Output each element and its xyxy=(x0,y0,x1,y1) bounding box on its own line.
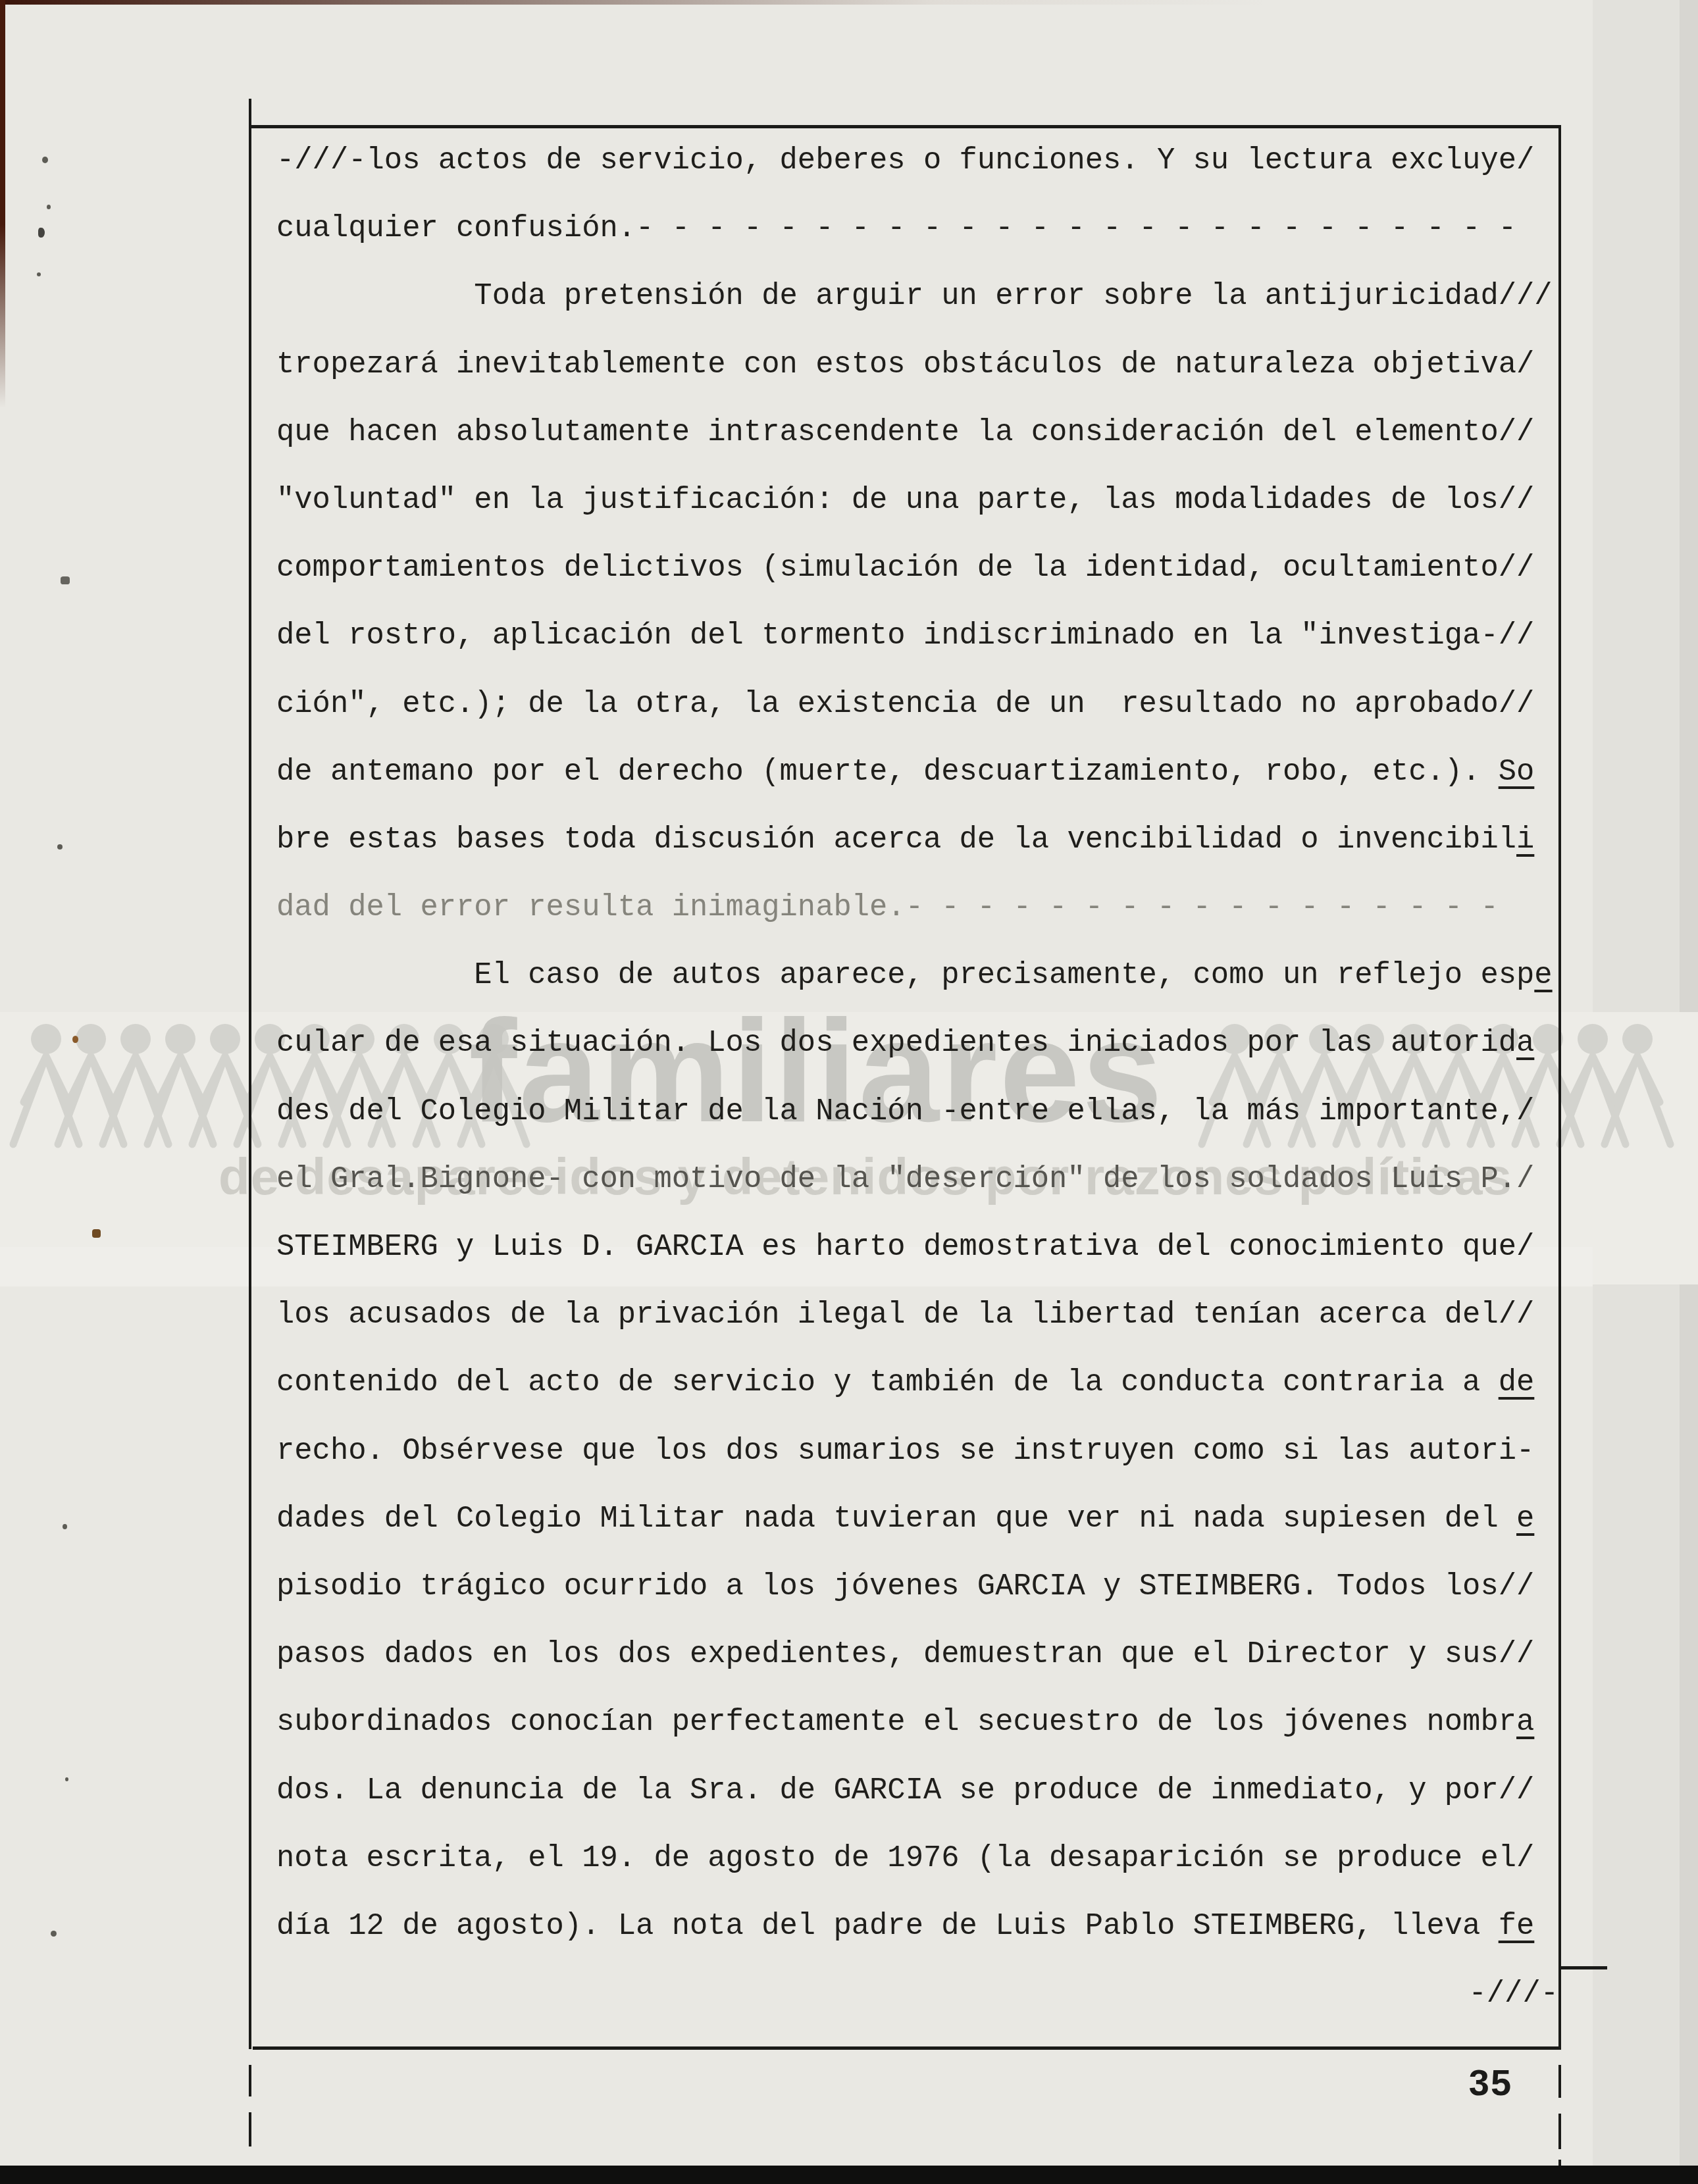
scan-speck xyxy=(65,1777,68,1781)
scan-top-edge xyxy=(0,0,1698,5)
document-line: STEIMBERG y Luis D. GARCIA es harto demo… xyxy=(276,1213,1558,1281)
scan-bottom-band xyxy=(0,2166,1698,2184)
document-line: nota escrita, el 19. de agosto de 1976 (… xyxy=(276,1825,1558,1892)
scan-speck xyxy=(38,228,45,238)
scan-speck xyxy=(92,1229,101,1238)
document-line: pisodio trágico ocurrido a los jóvenes G… xyxy=(276,1553,1558,1621)
scan-speck xyxy=(61,576,70,584)
page-number: 35 xyxy=(1435,2061,1547,2104)
document-line: pasos dados en los dos expedientes, demu… xyxy=(276,1621,1558,1689)
document-line: contenido del acto de servicio y también… xyxy=(276,1349,1558,1417)
scan-speck xyxy=(42,157,48,163)
document-line: comportamientos delictivos (simulación d… xyxy=(276,534,1558,602)
scan-speck xyxy=(37,272,41,276)
document-line: subordinados conocían perfectamente el s… xyxy=(276,1689,1558,1756)
document-line: los acusados de la privación ilegal de l… xyxy=(276,1281,1558,1349)
document-line: dos. La denuncia de la Sra. de GARCIA se… xyxy=(276,1757,1558,1825)
scan-speck xyxy=(51,1931,57,1937)
right-border-dash xyxy=(1558,2065,1561,2098)
left-border-dash xyxy=(249,2065,251,2096)
scan-left-edge xyxy=(0,0,5,408)
document-line: que hacen absolutamente intrascendente l… xyxy=(276,399,1558,467)
scanned-document-page: familiares de desaparecidos y detenidos … xyxy=(0,0,1698,2184)
left-border-dash xyxy=(249,2112,251,2146)
document-line: El caso de autos aparece, precisamente, … xyxy=(276,942,1558,1009)
document-line: ción", etc.); de la otra, la existencia … xyxy=(276,671,1558,738)
document-line: de antemano por el derecho (muerte, desc… xyxy=(276,738,1558,806)
document-line: dad del error resulta inimaginable.- - -… xyxy=(276,874,1558,942)
document-lines: -///-los actos de servicio, deberes o fu… xyxy=(276,127,1558,2028)
scan-speck xyxy=(72,1036,78,1043)
scan-speck xyxy=(47,205,51,209)
document-line: recho. Obsérvese que los dos sumarios se… xyxy=(276,1417,1558,1485)
document-line: cular de esa situación. Los dos expedien… xyxy=(276,1009,1558,1077)
document-line: -///- xyxy=(276,1960,1558,2028)
document-line: Toda pretensión de arguir un error sobre… xyxy=(276,263,1558,330)
right-border-dash xyxy=(1558,2114,1561,2149)
page-frame-right-border xyxy=(1558,125,1561,2049)
document-line: del rostro, aplicación del tormento indi… xyxy=(276,602,1558,670)
document-line: día 12 de agosto). La nota del padre de … xyxy=(276,1892,1558,1960)
document-line: bre estas bases toda discusión acerca de… xyxy=(276,806,1558,874)
document-line: -///-los actos de servicio, deberes o fu… xyxy=(276,127,1558,195)
page-frame-bottom-border xyxy=(253,2046,1561,2050)
scan-speck xyxy=(63,1524,67,1529)
page-frame-left-border xyxy=(249,99,251,2049)
document-line: "voluntad" en la justificación: de una p… xyxy=(276,467,1558,534)
scan-speck xyxy=(57,844,63,850)
document-line: des del Colegio Militar de la Nación -en… xyxy=(276,1078,1558,1146)
document-line: dades del Colegio Militar nada tuvieran … xyxy=(276,1485,1558,1553)
document-line: tropezará inevitablemente con estos obst… xyxy=(276,331,1558,399)
document-line: el Gral.Bignone- con motivo de la "deser… xyxy=(276,1146,1558,1213)
right-margin-tick xyxy=(1560,1966,1607,1969)
document-line: cualquier confusión.- - - - - - - - - - … xyxy=(276,195,1558,263)
